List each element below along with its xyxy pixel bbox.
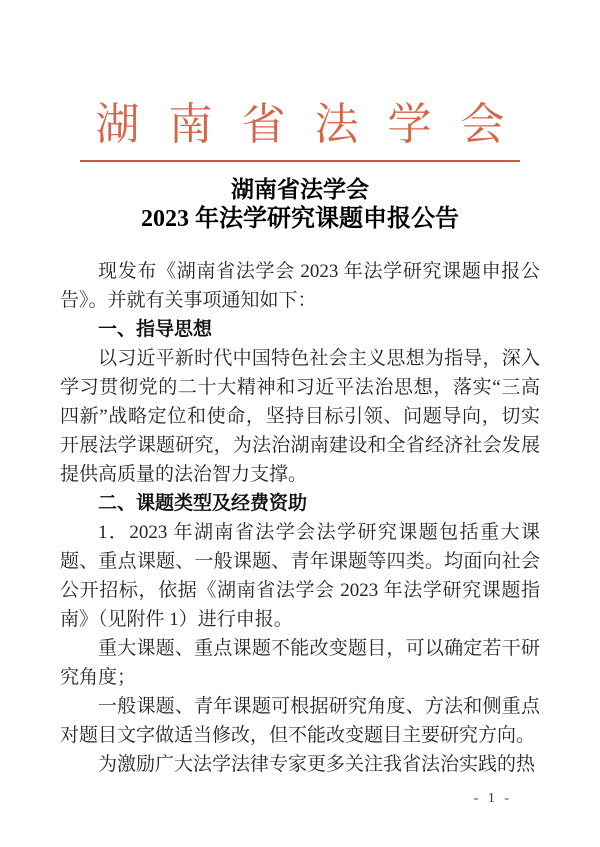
paragraph-intro: 现发布《湖南省法学会 2023 年法学研究课题申报公告》。并就有关事项通知如下： xyxy=(60,257,540,315)
paragraph-guiding-ideology: 以习近平新时代中国特色社会主义思想为指导，深入学习贯彻党的二十大精神和习近平法治… xyxy=(60,344,540,489)
paragraph-topic-types: 1．2023 年湖南省法学会法学研究课题包括重大课题、重点课题、一般课题、青年课… xyxy=(60,518,540,634)
document-title: 湖南省法学会 2023 年法学研究课题申报公告 xyxy=(0,176,600,234)
document-title-line2: 2023 年法学研究课题申报公告 xyxy=(0,204,600,234)
document-page: 湖南省法学会 湖南省法学会 2023 年法学研究课题申报公告 现发布《湖南省法学… xyxy=(0,0,600,847)
org-name: 湖南省法学会 xyxy=(0,100,600,151)
document-title-line1: 湖南省法学会 xyxy=(0,176,600,204)
paragraph-incentive: 为激励广大法学法律专家更多关注我省法治实践的热 xyxy=(60,750,540,779)
section-heading-guiding-ideology: 一、指导思想 xyxy=(60,315,540,344)
page-number: - 1 - xyxy=(474,791,512,807)
paragraph-general-topics-rule: 一般课题、青年课题可根据研究角度、方法和侧重点对题目文字做适当修改，但不能改变题… xyxy=(60,692,540,750)
section-heading-topic-types: 二、课题类型及经费资助 xyxy=(60,489,540,518)
document-body: 现发布《湖南省法学会 2023 年法学研究课题申报公告》。并就有关事项通知如下：… xyxy=(60,257,540,779)
letterhead: 湖南省法学会 xyxy=(0,0,600,162)
letterhead-rule xyxy=(80,160,520,162)
paragraph-major-topics-rule: 重大课题、重点课题不能改变题目，可以确定若干研究角度； xyxy=(60,634,540,692)
